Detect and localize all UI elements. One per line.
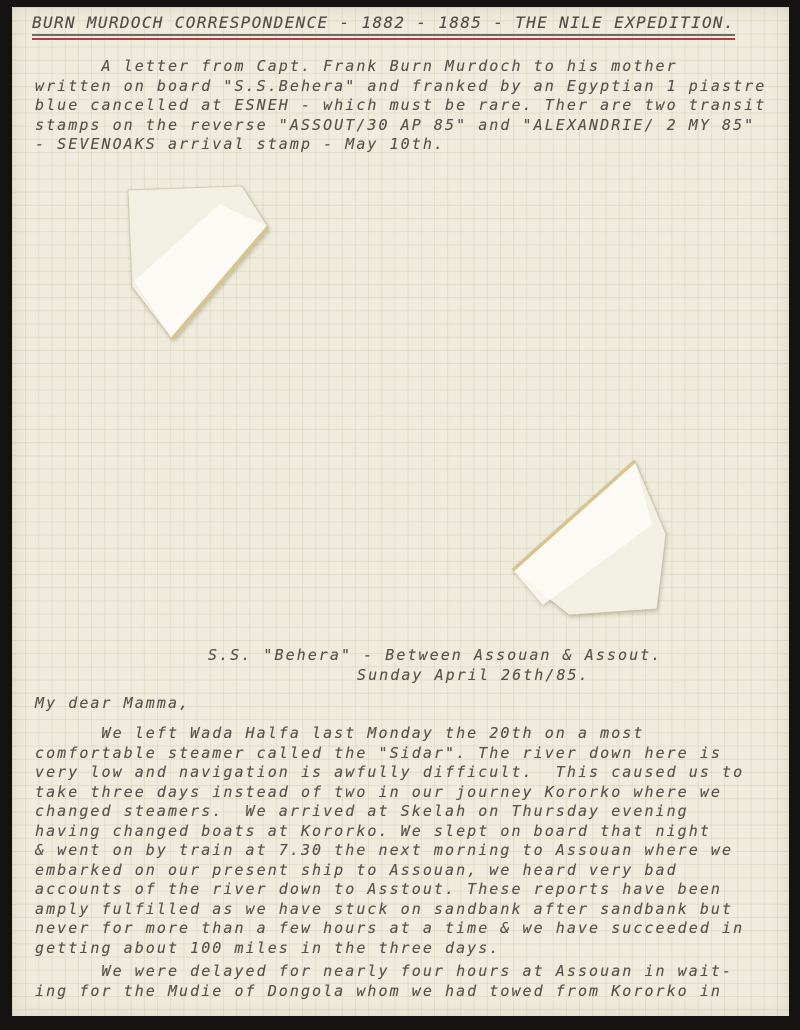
letter-paragraph-2: We were delayed for nearly four hours at… [35,962,733,1001]
letter-paragraph-1: We left Wada Halfa last Monday the 20th … [35,724,744,958]
letter-salutation: My dear Mamma, [35,694,190,714]
photo-corner-shape [120,183,272,345]
photo-corner-middle-right [505,458,675,620]
album-page: BURN MURDOCH CORRESPONDENCE - 1882 - 188… [12,7,789,1016]
intro-paragraph: A letter from Capt. Frank Burn Murdoch t… [35,57,766,155]
photo-corner-shape [505,458,675,620]
letter-heading-date: Sunday April 26th/85. [357,666,590,686]
title-red-underline: BURN MURDOCH CORRESPONDENCE - 1882 - 188… [32,13,735,40]
page-title: BURN MURDOCH CORRESPONDENCE - 1882 - 188… [32,13,735,40]
letter-heading-location: S.S. "Behera" - Between Assouan & Assout… [208,646,662,666]
scan-black-frame: BURN MURDOCH CORRESPONDENCE - 1882 - 188… [0,0,800,1030]
photo-corner-upper-left [120,183,272,345]
page-title-text: BURN MURDOCH CORRESPONDENCE - 1882 - 188… [32,13,735,36]
